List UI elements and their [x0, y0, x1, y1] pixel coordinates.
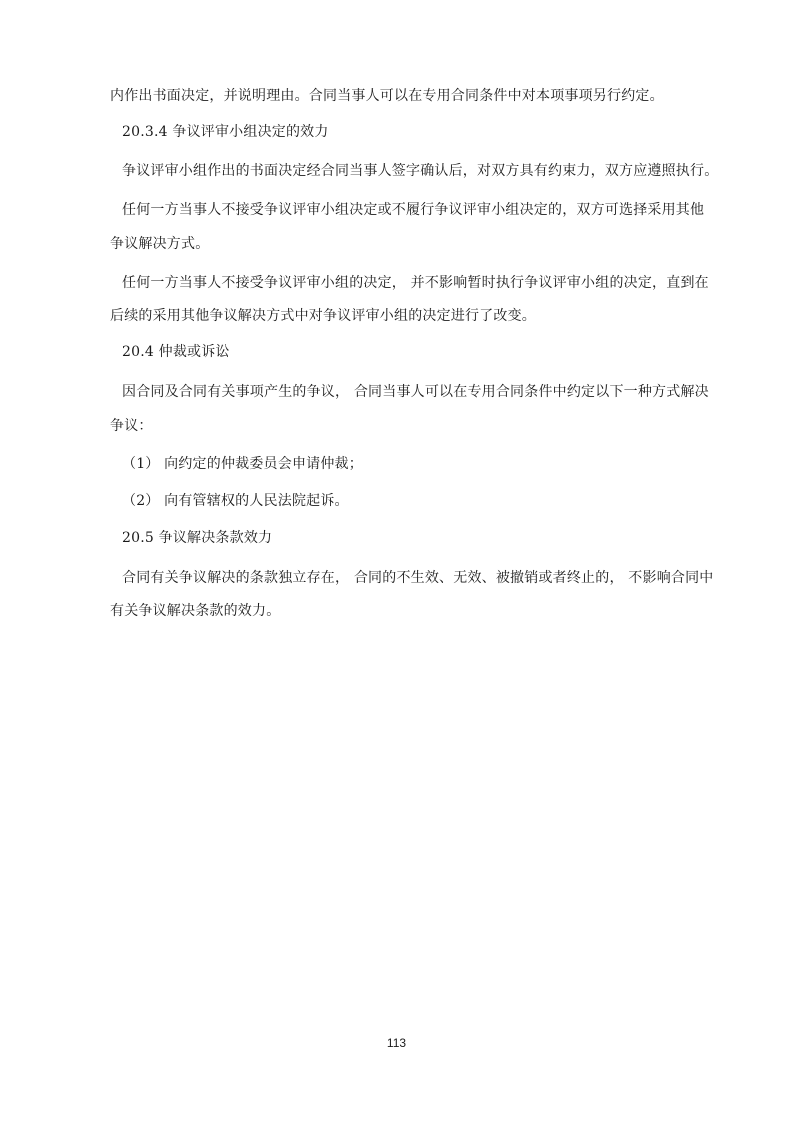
paragraph-line: 争议： — [110, 416, 720, 436]
page-number: 113 — [0, 1036, 793, 1050]
paragraph-line: 内作出书面决定，并说明理由。合同当事人可以在专用合同条件中对本项事项另行约定。 — [110, 86, 720, 106]
document-page: 内作出书面决定，并说明理由。合同当事人可以在专用合同条件中对本项事项另行约定。 … — [0, 0, 793, 1122]
paragraph-line: 因合同及合同有关事项产生的争议， 合同当事人可以在专用合同条件中约定以下一种方式… — [122, 382, 732, 402]
section-heading-20-4: 20.4 仲裁或诉讼 — [122, 342, 732, 362]
paragraph-line: 争议解决方式。 — [110, 234, 720, 254]
paragraph-line: 合同有关争议解决的条款独立存在， 合同的不生效、无效、被撤销或者终止的， 不影响… — [122, 568, 732, 588]
paragraph-line: 后续的采用其他争议解决方式中对争议评审小组的决定进行了改变。 — [110, 306, 720, 326]
paragraph-line: 有关争议解决条款的效力。 — [110, 601, 720, 621]
list-item-2: （2） 向有管辖权的人民法院起诉。 — [122, 491, 732, 511]
paragraph-line: 任何一方当事人不接受争议评审小组决定或不履行争议评审小组决定的，双方可选择采用其… — [122, 200, 732, 220]
section-heading-20-5: 20.5 争议解决条款效力 — [122, 528, 732, 548]
paragraph-line: 任何一方当事人不接受争议评审小组的决定， 并不影响暂时执行争议评审小组的决定，直… — [122, 273, 732, 293]
section-heading-20-3-4: 20.3.4 争议评审小组决定的效力 — [122, 122, 732, 142]
paragraph-line: 争议评审小组作出的书面决定经合同当事人签字确认后，对双方具有约束力，双方应遵照执… — [122, 161, 732, 181]
list-item-1: （1） 向约定的仲裁委员会申请仲裁； — [122, 454, 732, 474]
